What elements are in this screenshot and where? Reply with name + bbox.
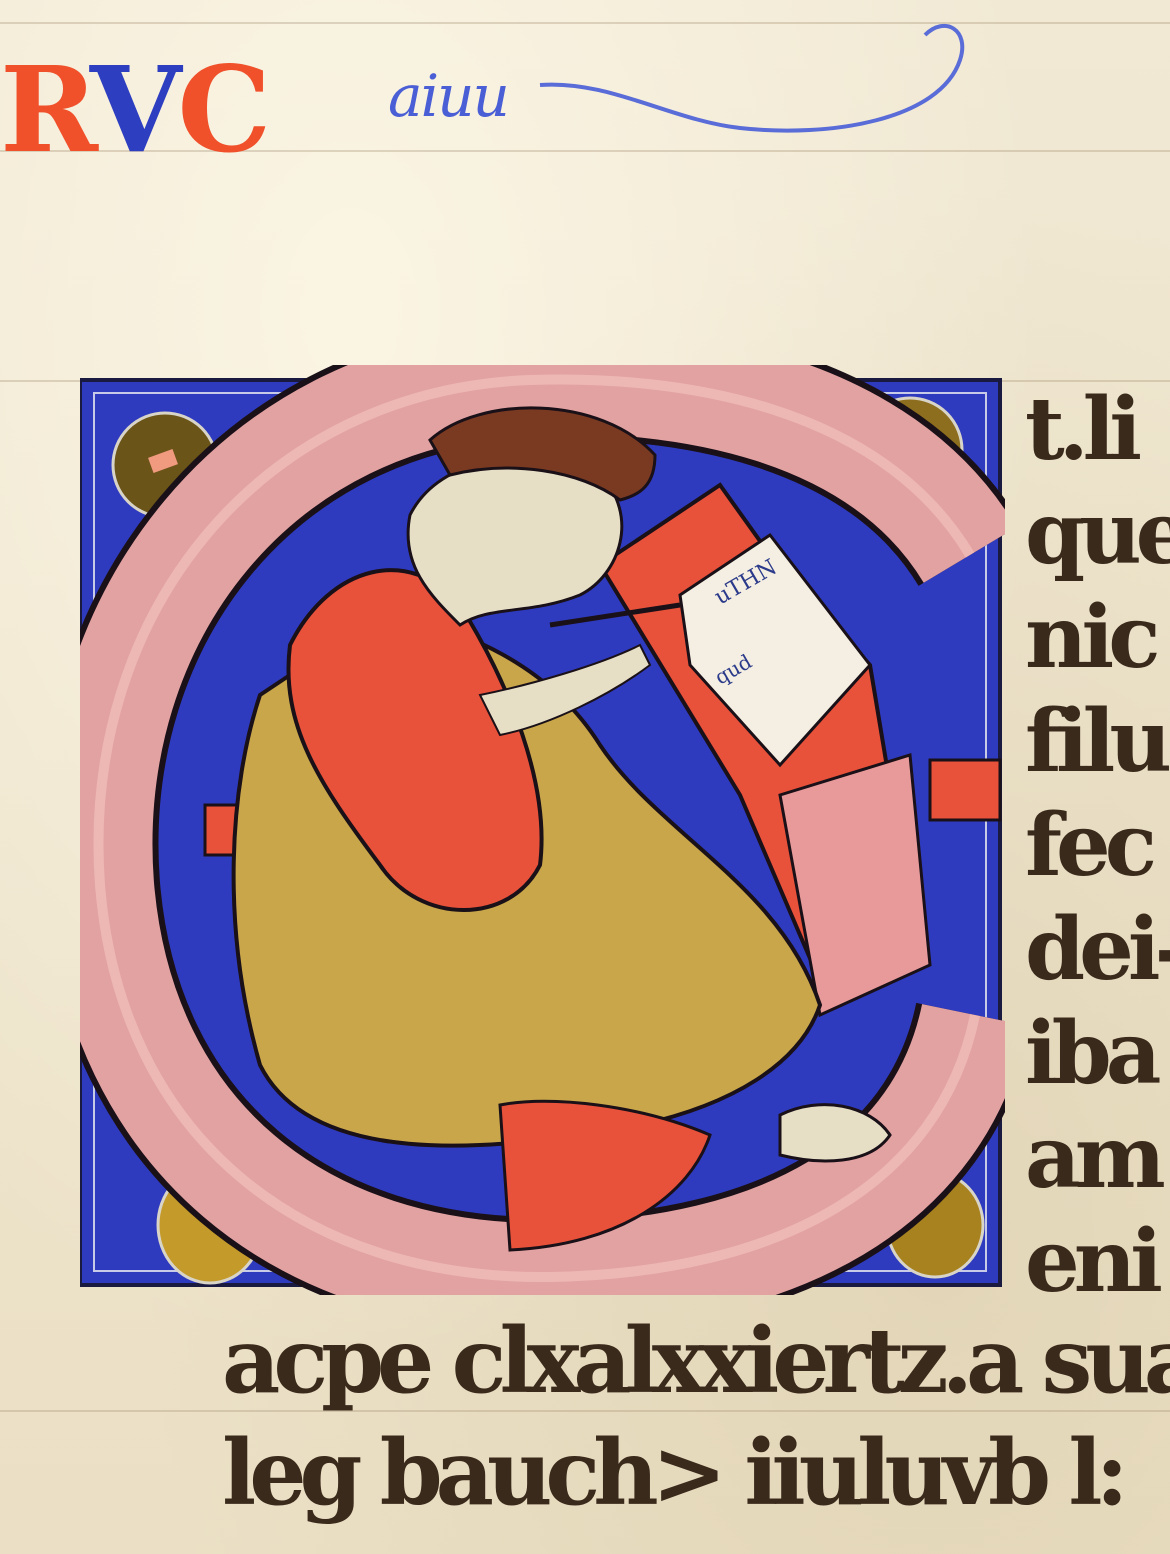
- pen-flourish: [380, 10, 980, 160]
- rubric-heading: RVC: [0, 50, 267, 170]
- text-line: que: [1025, 482, 1170, 586]
- text-line: dei-: [1025, 898, 1170, 1002]
- text-line: eni: [1025, 1210, 1170, 1314]
- rubric-letter: R: [0, 40, 90, 179]
- rubric-letter: C: [177, 40, 267, 179]
- text-line: nic: [1025, 586, 1170, 690]
- text-line: iba: [1025, 1002, 1170, 1106]
- text-line: leg bauch> iiuluvb l:: [222, 1417, 1170, 1529]
- text-line: acpe clxalxxiertz.a sua: [222, 1305, 1170, 1417]
- bottom-text-block: acpe clxalxxiertz.a sua leg bauch> iiulu…: [222, 1305, 1170, 1529]
- text-line: filu: [1025, 690, 1170, 794]
- historiated-initial: uTHN qud: [80, 365, 1005, 1295]
- text-column: t.li que nic filu fec dei- iba am eni: [1025, 378, 1170, 1314]
- text-line: t.li: [1025, 378, 1170, 482]
- text-line: am: [1025, 1106, 1170, 1210]
- rubric-letter: V: [90, 40, 178, 179]
- text-line: fec: [1025, 794, 1170, 898]
